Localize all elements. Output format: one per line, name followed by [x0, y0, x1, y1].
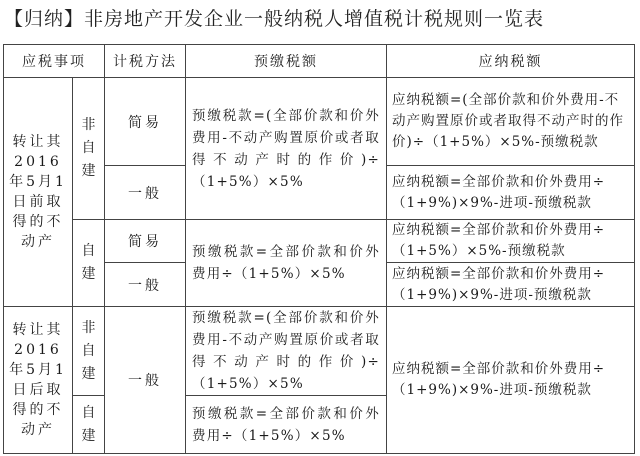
header-tax-method: 计税方法	[105, 45, 186, 78]
prepay-formula: 预缴税款=全部价款和价外费用÷（1+5%）×5%	[186, 396, 387, 454]
payable-formula: 应纳税额=全部价款和价外费用÷（1+5%）×5%-预缴税款	[387, 220, 635, 263]
type-non-self-built: 非自建	[73, 78, 105, 220]
header-payable-tax: 应纳税额	[387, 45, 635, 78]
type-self-built: 自建	[73, 220, 105, 307]
method-simple: 简易	[105, 78, 186, 166]
payable-formula: 应纳税额=全部价款和价外费用÷（1+9%)×9%-进项-预缴税款	[387, 166, 635, 220]
tax-rules-table: 应税事项 计税方法 预缴税额 应纳税额 转让其2016年5月1日前取得的不动产 …	[3, 44, 635, 454]
table-row: 转让其2016年5月1日后取得的不动产 非自建 一般 预缴税款=(全部价款和价外…	[4, 307, 635, 396]
payable-formula: 应纳税额=(全部价款和价外费用-不动产购置原价或者取得不动产时的作价)÷（1+5…	[387, 78, 635, 166]
method-general: 一般	[105, 263, 186, 307]
header-prepaid-tax: 预缴税额	[186, 45, 387, 78]
taxable-item-after-2016: 转让其2016年5月1日后取得的不动产	[4, 307, 73, 454]
method-general: 一般	[105, 166, 186, 220]
method-simple: 简易	[105, 220, 186, 263]
prepay-formula: 预缴税款=(全部价款和价外费用-不动产购置原价或者取得不动产时的作价)÷（1+5…	[186, 307, 387, 396]
table-header-row: 应税事项 计税方法 预缴税额 应纳税额	[4, 45, 635, 78]
table-row: 转让其2016年5月1日前取得的不动产 非自建 简易 预缴税款=(全部价款和价外…	[4, 78, 635, 166]
type-non-self-built: 非自建	[73, 307, 105, 396]
taxable-item-before-2016: 转让其2016年5月1日前取得的不动产	[4, 78, 73, 307]
payable-formula: 应纳税额=全部价款和价外费用÷（1+9%)×9%-进项-预缴税款	[387, 307, 635, 454]
prepay-formula: 预缴税款=(全部价款和价外费用-不动产购置原价或者取得不动产时的作价)÷（1+5…	[186, 78, 387, 220]
header-taxable-item: 应税事项	[4, 45, 105, 78]
payable-formula: 应纳税额=全部价款和价外费用÷（1+9%)×9%-进项-预缴税款	[387, 263, 635, 307]
prepay-formula: 预缴税款=全部价款和价外费用÷（1+5%）×5%	[186, 220, 387, 307]
method-general: 一般	[105, 307, 186, 454]
page-title: 【归纳】非房地产开发企业一般纳税人增值税计税规则一览表	[4, 4, 544, 31]
type-self-built: 自建	[73, 396, 105, 454]
table-row: 自建 简易 预缴税款=全部价款和价外费用÷（1+5%）×5% 应纳税额=全部价款…	[4, 220, 635, 263]
